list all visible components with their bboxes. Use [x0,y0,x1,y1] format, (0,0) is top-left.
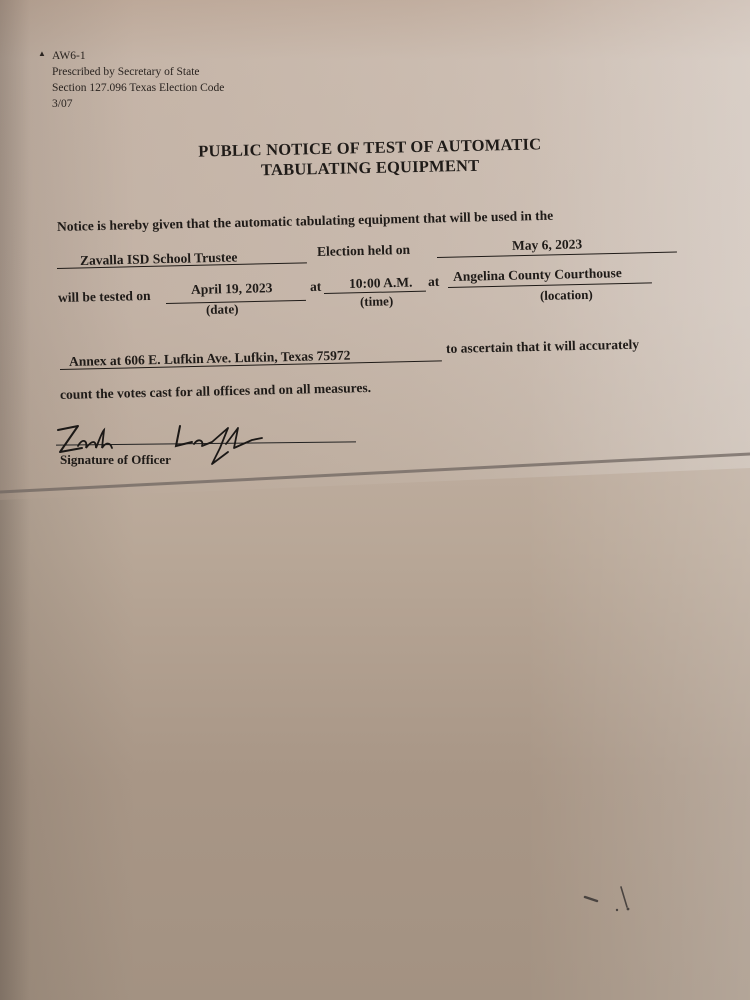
date-caption: (date) [206,301,239,318]
time-caption: (time) [360,293,394,310]
form-revision: 3/07 [52,96,224,112]
corner-mark-icon: ▲ [38,46,46,62]
tested-on-label: will be tested on [58,288,151,306]
document-photo: ▲ AW6-1 Prescribed by Secretary of State… [0,0,750,1000]
test-date-value: April 19, 2023 [191,280,273,298]
signature-label: Signature of Officer [60,452,171,468]
at-label-2: at [428,274,440,290]
form-section: Section 127.096 Texas Election Code [52,80,224,96]
location-caption: (location) [540,287,593,304]
at-label-1: at [310,279,322,295]
form-code: AW6-1 [52,48,224,64]
election-date-value: May 6, 2023 [512,236,582,254]
form-header: ▲ AW6-1 Prescribed by Secretary of State… [52,48,224,112]
election-held-on-label: Election held on [317,242,410,260]
test-time-value: 10:00 A.M. [349,275,413,292]
ink-specks-icon [575,885,645,925]
form-prescribed-by: Prescribed by Secretary of State [52,64,224,80]
